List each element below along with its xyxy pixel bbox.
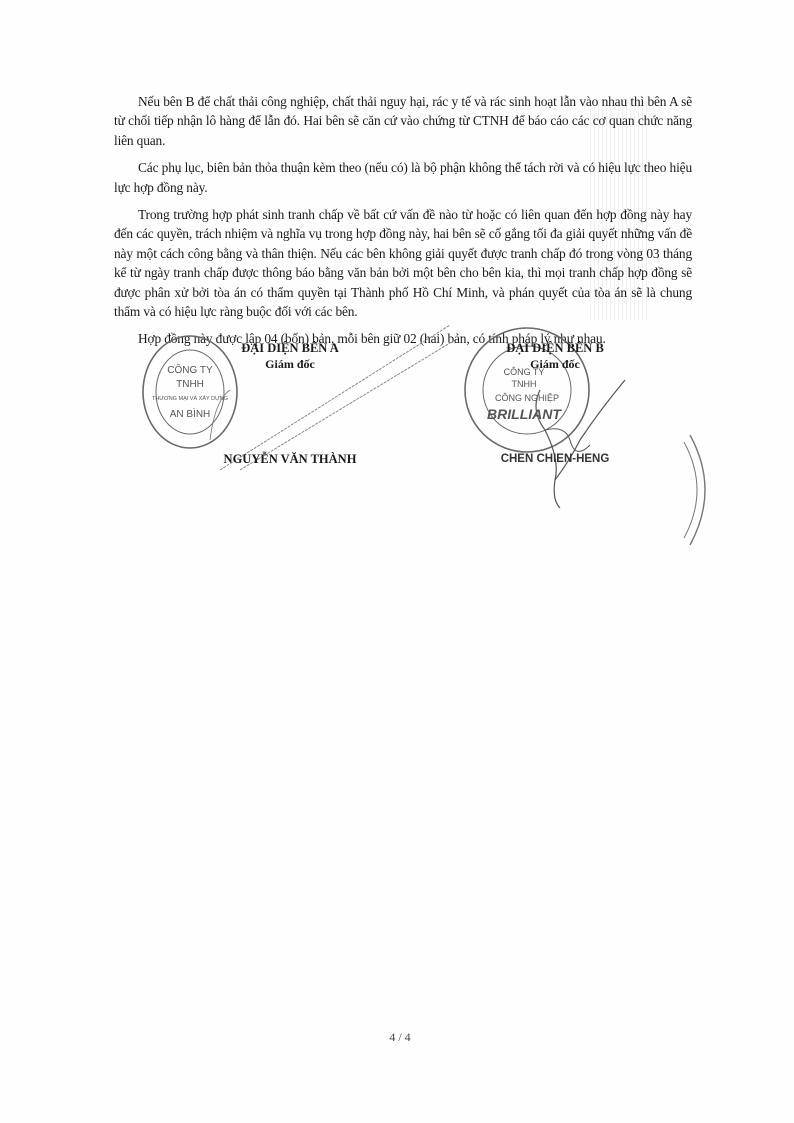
party-b-title: ĐẠI DIỆN BÊN B [455,340,655,356]
paragraph-appendices: Các phụ lục, biên bản thỏa thuận kèm the… [114,158,692,197]
edge-seal-icon [680,430,720,550]
svg-text:AN BÌNH: AN BÌNH [170,407,211,420]
svg-text:TNHH: TNHH [176,379,204,390]
party-a-title: ĐẠI DIỆN BÊN A [210,340,370,356]
party-b-role: Giám đốc [455,356,655,372]
svg-text:CÔNG TY: CÔNG TY [167,363,213,376]
svg-text:THƯƠNG MẠI VÀ XÂY DỰNG: THƯƠNG MẠI VÀ XÂY DỰNG [152,395,228,402]
document-page: Nếu bên B để chất thải công nghiệp, chất… [0,0,794,1123]
party-b-name: CHEN CHIEN-HENG [475,453,635,465]
svg-text:BRILLIANT: BRILLIANT [487,406,562,422]
contract-body: Nếu bên B để chất thải công nghiệp, chất… [114,92,692,357]
paragraph-waste-rules: Nếu bên B để chất thải công nghiệp, chất… [114,92,692,150]
party-a-role: Giám đốc [210,356,370,372]
signature-block-b: ĐẠI DIỆN BÊN B Giám đốc [455,340,655,372]
svg-text:CÔNG NGHIỆP: CÔNG NGHIỆP [495,393,559,403]
paragraph-disputes: Trong trường hợp phát sinh tranh chấp về… [114,205,692,321]
signature-block-a: ĐẠI DIỆN BÊN A Giám đốc [210,340,370,372]
party-a-name: NGUYỄN VĂN THÀNH [200,452,380,467]
svg-text:TNHH: TNHH [512,379,537,389]
page-number: 4 / 4 [380,1030,420,1045]
